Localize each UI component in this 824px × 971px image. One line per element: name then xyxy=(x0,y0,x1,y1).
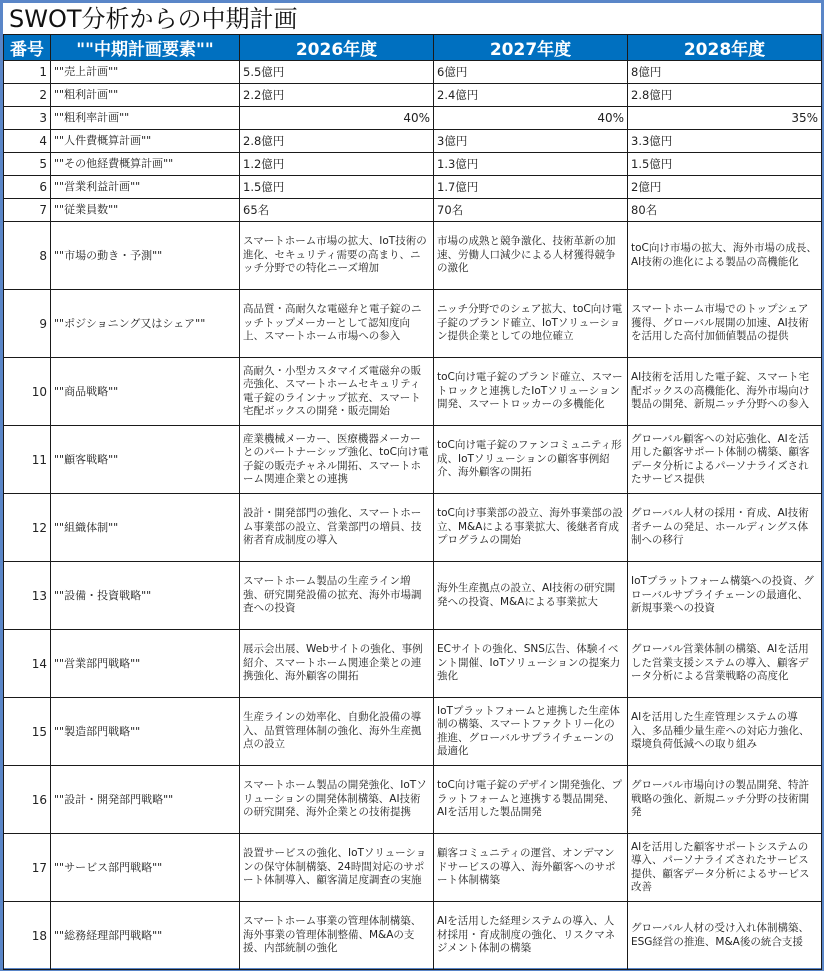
year-2028-cell[interactable]: グローバル顧客への対応強化、AIを活用した顧客サポート体制の構築、顧客データ分析… xyxy=(628,426,822,494)
year-2027-cell[interactable]: 顧客コミュニティの運営、オンデマンドサービスの導入、海外顧客へのサポート体制構築 xyxy=(434,834,628,902)
plan-element-cell[interactable]: ""総務経理部門戦略"" xyxy=(51,902,240,970)
year-2026-cell[interactable]: 65名 xyxy=(240,199,434,222)
year-2028-cell[interactable]: スマートホーム市場でのトップシェア獲得、グローバル展開の加速、AI技術を活用した… xyxy=(628,290,822,358)
header-year-2026[interactable]: 2026年度 xyxy=(240,35,434,61)
row-number-cell[interactable]: 3 xyxy=(4,107,51,130)
row-number-cell[interactable]: 15 xyxy=(4,698,51,766)
plan-element-cell[interactable]: ""従業員数"" xyxy=(51,199,240,222)
plan-element-cell[interactable]: ""売上計画"" xyxy=(51,61,240,84)
plan-element-cell[interactable]: ""組織体制"" xyxy=(51,494,240,562)
row-number-cell[interactable]: 1 xyxy=(4,61,51,84)
table-row: 3""粗利率計画""40%40%35% xyxy=(4,107,822,130)
table-row: 7""従業員数""65名70名80名 xyxy=(4,199,822,222)
year-2027-cell[interactable]: toC向け電子錠のデザイン開発強化、プラットフォームと連携する製品開発、AIを活… xyxy=(434,766,628,834)
year-2027-cell[interactable]: 海外生産拠点の設立、AI技術の研究開発への投資、M&Aによる事業拡大 xyxy=(434,562,628,630)
year-2026-cell[interactable]: 2.2億円 xyxy=(240,84,434,107)
year-2026-cell[interactable]: 設計・開発部門の強化、スマートホーム事業部の設立、営業部門の増員、技術者育成制度… xyxy=(240,494,434,562)
table-row: 13""設備・投資戦略""スマートホーム製品の生産ライン増強、研究開発設備の拡充… xyxy=(4,562,822,630)
table-row: 5""その他経費概算計画""1.2億円1.3億円1.5億円 xyxy=(4,153,822,176)
row-number-cell[interactable]: 4 xyxy=(4,130,51,153)
year-2028-cell[interactable]: AIを活用した生産管理システムの導入、多品種少量生産への対応力強化、環境負荷低減… xyxy=(628,698,822,766)
spreadsheet-frame: SWOT分析からの中期計画 番号 ""中期計画要素"" 2026年度 2027年… xyxy=(0,0,824,971)
table-row: 15""製造部門戦略""生産ラインの効率化、自動化設備の導入、品質管理体制の強化… xyxy=(4,698,822,766)
year-2026-cell[interactable]: 5.5億円 xyxy=(240,61,434,84)
year-2027-cell[interactable]: AIを活用した経理システムの導入、人材採用・育成制度の強化、リスクマネジメント体… xyxy=(434,902,628,970)
table-row: 11""顧客戦略""産業機械メーカー、医療機器メーカーとのパートナーシップ強化、… xyxy=(4,426,822,494)
year-2027-cell[interactable]: 1.3億円 xyxy=(434,153,628,176)
year-2026-cell[interactable]: 生産ラインの効率化、自動化設備の導入、品質管理体制の強化、海外生産拠点の設立 xyxy=(240,698,434,766)
year-2028-cell[interactable]: AIを活用した顧客サポートシステムの導入、パーソナライズされたサービス提供、顧客… xyxy=(628,834,822,902)
year-2027-cell[interactable]: 2.4億円 xyxy=(434,84,628,107)
year-2028-cell[interactable]: 1.5億円 xyxy=(628,153,822,176)
table-row: 18""総務経理部門戦略""スマートホーム事業の管理体制構築、海外事業の管理体制… xyxy=(4,902,822,970)
plan-element-cell[interactable]: ""市場の動き・予測"" xyxy=(51,222,240,290)
year-2027-cell[interactable]: 3億円 xyxy=(434,130,628,153)
header-row: 番号 ""中期計画要素"" 2026年度 2027年度 2028年度 xyxy=(4,35,822,61)
header-year-2027[interactable]: 2027年度 xyxy=(434,35,628,61)
year-2026-cell[interactable]: 1.5億円 xyxy=(240,176,434,199)
plan-element-cell[interactable]: ""製造部門戦略"" xyxy=(51,698,240,766)
year-2028-cell[interactable]: IoTプラットフォーム構築への投資、グローバルサプライチェーンの最適化、新規事業… xyxy=(628,562,822,630)
row-number-cell[interactable]: 16 xyxy=(4,766,51,834)
header-element[interactable]: ""中期計画要素"" xyxy=(51,35,240,61)
plan-element-cell[interactable]: ""その他経費概算計画"" xyxy=(51,153,240,176)
row-number-cell[interactable]: 17 xyxy=(4,834,51,902)
table-row: 10""商品戦略""高耐久・小型カスタマイズ電磁弁の販売強化、スマートホームセキ… xyxy=(4,358,822,426)
year-2026-cell[interactable]: 設置サービスの強化、IoTソリューションの保守体制構築、24時間対応のサポート体… xyxy=(240,834,434,902)
year-2028-cell[interactable]: グローバル人材の受け入れ体制構築、ESG経営の推進、M&A後の統合支援 xyxy=(628,902,822,970)
table-row: 12""組織体制""設計・開発部門の強化、スマートホーム事業部の設立、営業部門の… xyxy=(4,494,822,562)
year-2026-cell[interactable]: 産業機械メーカー、医療機器メーカーとのパートナーシップ強化、toC向け電子錠の販… xyxy=(240,426,434,494)
year-2027-cell[interactable]: toC向け電子錠のファンコミュニティ形成、IoTソリューションの顧客事例紹介、海… xyxy=(434,426,628,494)
year-2028-cell[interactable]: グローバル営業体制の構築、AIを活用した営業支援システムの導入、顧客データ分析に… xyxy=(628,630,822,698)
year-2027-cell[interactable]: IoTプラットフォームと連携した生産体制の構築、スマートファクトリー化の推進、グ… xyxy=(434,698,628,766)
row-number-cell[interactable]: 12 xyxy=(4,494,51,562)
year-2028-cell[interactable]: 35% xyxy=(628,107,822,130)
year-2026-cell[interactable]: スマートホーム事業の管理体制構築、海外事業の管理体制整備、M&Aの支援、内部統制… xyxy=(240,902,434,970)
plan-element-cell[interactable]: ""粗利計画"" xyxy=(51,84,240,107)
year-2028-cell[interactable]: AI技術を活用した電子錠、スマート宅配ボックスの高機能化、海外市場向け製品の開発… xyxy=(628,358,822,426)
year-2026-cell[interactable]: 高品質・高耐久な電磁弁と電子錠のニッチトップメーカーとして認知度向上、スマートホ… xyxy=(240,290,434,358)
year-2026-cell[interactable]: スマートホーム市場の拡大、IoT技術の進化、セキュリティ需要の高まり、ニッチ分野… xyxy=(240,222,434,290)
year-2026-cell[interactable]: 40% xyxy=(240,107,434,130)
year-2026-cell[interactable]: スマートホーム製品の開発強化、IoTソリューションの開発体制構築、AI技術の研究… xyxy=(240,766,434,834)
plan-element-cell[interactable]: ""人件費概算計画"" xyxy=(51,130,240,153)
year-2028-cell[interactable]: グローバル市場向けの製品開発、特許戦略の強化、新規ニッチ分野の技術開発 xyxy=(628,766,822,834)
row-number-cell[interactable]: 14 xyxy=(4,630,51,698)
header-year-2028[interactable]: 2028年度 xyxy=(628,35,822,61)
table-row: 4""人件費概算計画""2.8億円3億円3.3億円 xyxy=(4,130,822,153)
year-2027-cell[interactable]: toC向け事業部の設立、海外事業部の設立、M&Aによる事業拡大、後継者育成プログ… xyxy=(434,494,628,562)
year-2027-cell[interactable]: 6億円 xyxy=(434,61,628,84)
year-2026-cell[interactable]: 2.8億円 xyxy=(240,130,434,153)
midterm-plan-table: 番号 ""中期計画要素"" 2026年度 2027年度 2028年度 1""売上… xyxy=(3,34,822,970)
year-2028-cell[interactable]: 80名 xyxy=(628,199,822,222)
table-row: 9""ポジショニング又はシェア""高品質・高耐久な電磁弁と電子錠のニッチトップメ… xyxy=(4,290,822,358)
year-2026-cell[interactable]: スマートホーム製品の生産ライン増強、研究開発設備の拡充、海外市場調査への投資 xyxy=(240,562,434,630)
plan-element-cell[interactable]: ""粗利率計画"" xyxy=(51,107,240,130)
plan-element-cell[interactable]: ""顧客戦略"" xyxy=(51,426,240,494)
row-number-cell[interactable]: 18 xyxy=(4,902,51,970)
year-2027-cell[interactable]: 40% xyxy=(434,107,628,130)
header-number[interactable]: 番号 xyxy=(4,35,51,61)
row-number-cell[interactable]: 9 xyxy=(4,290,51,358)
row-number-cell[interactable]: 13 xyxy=(4,562,51,630)
year-2027-cell[interactable]: ECサイトの強化、SNS広告、体験イベント開催、IoTソリューションの提案力強化 xyxy=(434,630,628,698)
year-2027-cell[interactable]: toC向け電子錠のブランド確立、スマートロックと連携したIoTソリューション開発… xyxy=(434,358,628,426)
plan-element-cell[interactable]: ""サービス部門戦略"" xyxy=(51,834,240,902)
year-2026-cell[interactable]: 1.2億円 xyxy=(240,153,434,176)
year-2027-cell[interactable]: 70名 xyxy=(434,199,628,222)
plan-element-cell[interactable]: ""ポジショニング又はシェア"" xyxy=(51,290,240,358)
year-2027-cell[interactable]: ニッチ分野でのシェア拡大、toC向け電子錠のブランド確立、IoTソリューション提… xyxy=(434,290,628,358)
plan-element-cell[interactable]: ""商品戦略"" xyxy=(51,358,240,426)
year-2028-cell[interactable]: 2.8億円 xyxy=(628,84,822,107)
plan-element-cell[interactable]: ""営業利益計画"" xyxy=(51,176,240,199)
year-2026-cell[interactable]: 展示会出展、Webサイトの強化、事例紹介、スマートホーム関連企業との連携強化、海… xyxy=(240,630,434,698)
year-2028-cell[interactable]: 2億円 xyxy=(628,176,822,199)
row-number-cell[interactable]: 5 xyxy=(4,153,51,176)
table-row: 14""営業部門戦略""展示会出展、Webサイトの強化、事例紹介、スマートホーム… xyxy=(4,630,822,698)
row-number-cell[interactable]: 6 xyxy=(4,176,51,199)
year-2027-cell[interactable]: 市場の成熟と競争激化、技術革新の加速、労働人口減少による人材獲得競争の激化 xyxy=(434,222,628,290)
table-row: 1""売上計画""5.5億円6億円8億円 xyxy=(4,61,822,84)
row-number-cell[interactable]: 7 xyxy=(4,199,51,222)
plan-element-cell[interactable]: ""営業部門戦略"" xyxy=(51,630,240,698)
year-2027-cell[interactable]: 1.7億円 xyxy=(434,176,628,199)
plan-element-cell[interactable]: ""設備・投資戦略"" xyxy=(51,562,240,630)
year-2026-cell[interactable]: 高耐久・小型カスタマイズ電磁弁の販売強化、スマートホームセキュリティ電子錠のライ… xyxy=(240,358,434,426)
year-2028-cell[interactable]: 3.3億円 xyxy=(628,130,822,153)
year-2028-cell[interactable]: グローバル人材の採用・育成、AI技術者チームの発足、ホールディングス体制への移行 xyxy=(628,494,822,562)
row-number-cell[interactable]: 8 xyxy=(4,222,51,290)
page-title: SWOT分析からの中期計画 xyxy=(3,3,821,34)
row-number-cell[interactable]: 11 xyxy=(4,426,51,494)
year-2028-cell[interactable]: toC向け市場の拡大、海外市場の成長、AI技術の進化による製品の高機能化 xyxy=(628,222,822,290)
plan-element-cell[interactable]: ""設計・開発部門戦略"" xyxy=(51,766,240,834)
table-row: 6""営業利益計画""1.5億円1.7億円2億円 xyxy=(4,176,822,199)
year-2028-cell[interactable]: 8億円 xyxy=(628,61,822,84)
row-number-cell[interactable]: 2 xyxy=(4,84,51,107)
table-row: 8""市場の動き・予測""スマートホーム市場の拡大、IoT技術の進化、セキュリテ… xyxy=(4,222,822,290)
table-row: 16""設計・開発部門戦略""スマートホーム製品の開発強化、IoTソリューション… xyxy=(4,766,822,834)
row-number-cell[interactable]: 10 xyxy=(4,358,51,426)
table-row: 17""サービス部門戦略""設置サービスの強化、IoTソリューションの保守体制構… xyxy=(4,834,822,902)
table-row: 2""粗利計画""2.2億円2.4億円2.8億円 xyxy=(4,84,822,107)
